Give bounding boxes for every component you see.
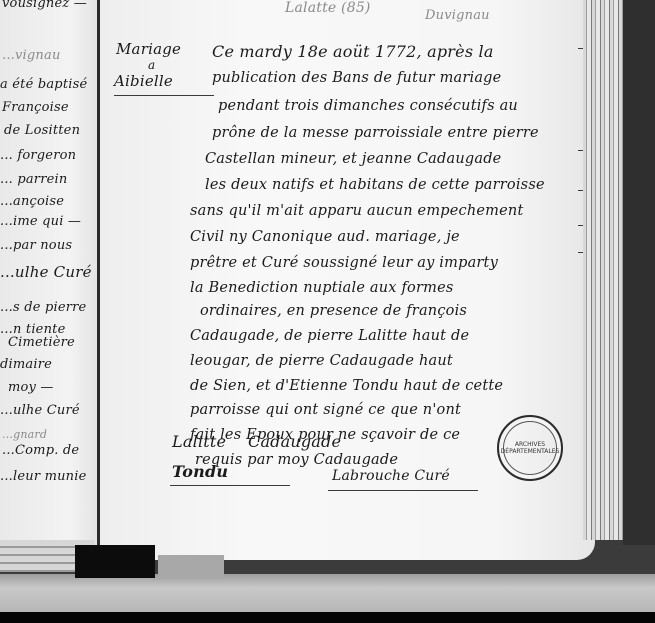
left-line: Cimetière [8,335,75,350]
left-line: moy — [8,380,54,395]
record-line: parroisse qui ont signé ce que n'ont [190,402,461,418]
record-line: Castellan mineur, et jeanne Cadaugade [205,151,501,167]
left-line: Françoise [2,100,69,115]
left-line: ...ulhe Curé [0,403,80,418]
header-faint-left: Lalatte (85) [285,0,371,16]
margin-prep: a [148,58,155,72]
record-line: publication des Bans de futur mariage [212,70,501,86]
left-line: ...gnard [2,428,47,441]
left-line: ... forgeron [0,148,76,163]
margin-underline [114,95,214,96]
record-line: la Benediction nuptiale aux formes [190,280,454,296]
left-line: dimaire [0,357,52,372]
signature-cure: Labrouche Curé [332,468,450,484]
dark-gap [75,545,155,578]
margin-place: Aibielle [114,72,173,90]
signature-tondu: Tondu [172,462,228,481]
header-faint-right: Duvignau [425,8,490,23]
margin-title: Mariage [116,40,181,58]
left-line: ...ançoise [0,194,64,209]
record-line: Civil ny Canonique aud. mariage, je [190,229,460,245]
record-line: sans qu'il m'ait apparu aucun empechemen… [190,203,523,219]
record-line: Cadaugade, de pierre Lalitte haut de [190,328,469,344]
archive-stamp: ARCHIVES DÉPARTEMENTALES [497,415,563,481]
page-stack-edge [583,0,623,540]
signature-underline [328,490,478,491]
left-line: a été baptisé [0,77,87,92]
record-line: ordinaires, en presence de françois [200,303,467,319]
left-line: ...s de pierre [0,300,86,315]
record-line: pendant trois dimanches consécutifs au [218,98,518,114]
signature-cadaugade: Cadaugade [248,432,341,451]
page-fold [158,555,224,579]
signature-underline [170,485,290,486]
left-line: ...Comp. de [2,443,79,458]
record-line: les deux natifs et habitans de cette par… [205,177,545,193]
left-line: de Lositten [4,123,80,138]
left-line: ...par nous [0,238,72,253]
register-scan: vousignez — ...vignau a été baptisé Fran… [0,0,655,623]
record-line: leougar, de pierre Cadaugade haut [190,353,453,369]
stamp-text: ARCHIVES DÉPARTEMENTALES [499,441,561,455]
left-line: vousignez — [2,0,87,11]
left-line: ...ime qui — [0,214,81,229]
record-line: Ce mardy 18e aoüt 1772, après la [212,42,494,61]
record-line: de Sien, et d'Etienne Tondu haut de cett… [190,378,503,394]
left-page: vousignez — ...vignau a été baptisé Fran… [0,0,100,545]
binding [623,0,655,545]
left-line: ...ulhe Curé [0,263,92,281]
signature-lalitte: Lalitte [172,432,226,451]
record-line: prêtre et Curé soussigné leur ay imparty [190,255,498,271]
left-line: ... parrein [0,172,67,187]
left-line: ...vignau [2,48,61,63]
bottom-edge [0,612,655,623]
left-line: ...leur munie [0,469,87,484]
record-line: prône de la messe parroissiale entre pie… [212,125,539,141]
